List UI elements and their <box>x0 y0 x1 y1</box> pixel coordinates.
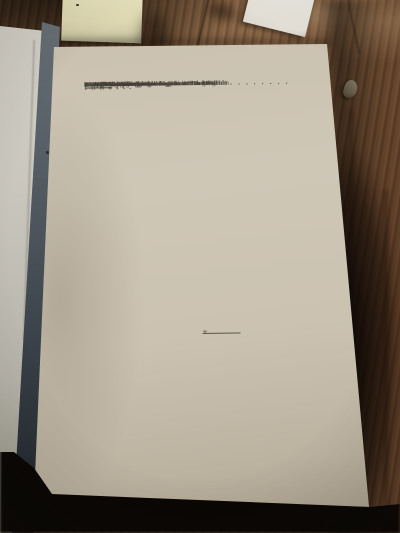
paper-speck <box>46 151 49 154</box>
book-photo: Inhalt. Seite Jahresversammlung des Vere… <box>0 0 400 533</box>
toc-entry-page-number: CXIII <box>84 81 111 88</box>
